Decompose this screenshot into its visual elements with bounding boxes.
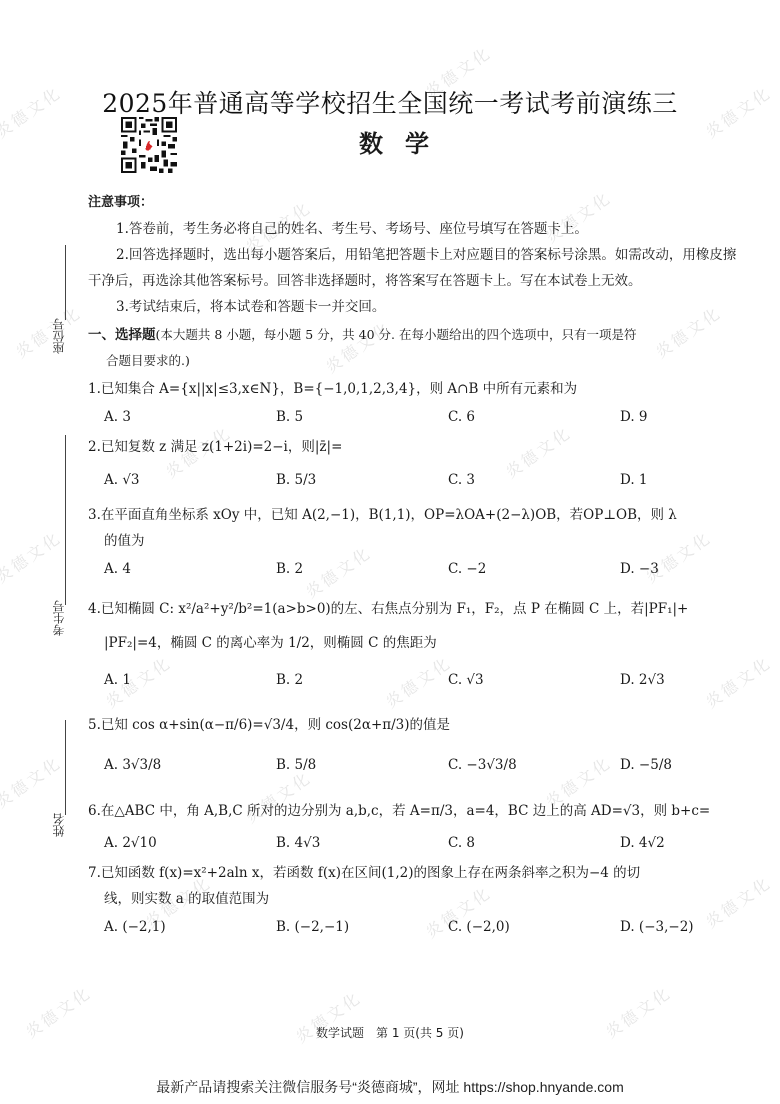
question-stem: 已知复数 z 满足 z(1+2i)=2−i，则|z̄|= xyxy=(101,439,343,455)
question-6: 6.在△ABC 中，角 A,B,C 所对的边分别为 a,b,c，若 A=π/3，… xyxy=(88,794,748,858)
option-a: A. 2√10 xyxy=(104,830,276,856)
option-c: C. √3 xyxy=(448,667,620,693)
notice-item-2: 2.回答选择题时，选出每小题答案后，用铅笔把答题卡上对应题目的答案标号涂黑。如需… xyxy=(88,242,748,294)
question-4: 4.已知椭圆 C: x²/a²+y²/b²=1(a>b>0)的左、右焦点分别为 … xyxy=(88,592,748,700)
option-d: D. 9 xyxy=(620,404,648,430)
option-a: A. 1 xyxy=(104,667,276,693)
option-c: C. 6 xyxy=(448,404,620,430)
option-a: A. 4 xyxy=(104,556,276,582)
watermark: 炎德文化 xyxy=(0,750,66,812)
question-stem: 已知函数 f(x)=x²+2aln x，若函数 f(x)在区间(1,2)的图象上… xyxy=(101,865,640,881)
option-b: B. 2 xyxy=(276,667,448,693)
question-stem-cont: 线，则实数 a 的取值范围为 xyxy=(88,886,748,912)
option-a: A. √3 xyxy=(104,467,276,493)
option-d: D. 4√2 xyxy=(620,830,665,856)
option-c: C. (−2,0) xyxy=(448,914,620,940)
option-c: C. −2 xyxy=(448,556,620,582)
question-stem: 在△ABC 中，角 A,B,C 所对的边分别为 a,b,c，若 A=π/3，a=… xyxy=(101,803,710,819)
notice-item-3: 3.考试结束后，将本试卷和答题卡一并交回。 xyxy=(88,294,748,320)
option-a: A. 3 xyxy=(104,404,276,430)
question-stem-cont: 的值为 xyxy=(88,528,748,554)
notice-heading: 注意事项： xyxy=(88,190,748,216)
watermark: 炎德文化 xyxy=(0,525,66,587)
option-c: C. 3 xyxy=(448,467,620,493)
option-b: B. 2 xyxy=(276,556,448,582)
question-number: 1. xyxy=(88,381,101,397)
question-stem: 已知 cos α+sin(α−π/6)=√3/4，则 cos(2α+π/3)的值… xyxy=(101,717,450,733)
option-b: B. (−2,−1) xyxy=(276,914,448,940)
question-stem: 已知集合 A={x||x|≤3,x∈N}，B={−1,0,1,2,3,4}，则 … xyxy=(101,381,577,397)
option-b: B. 5/3 xyxy=(276,467,448,493)
question-number: 6. xyxy=(88,803,101,819)
page-footer: 数学试题 第 1 页(共 5 页) xyxy=(0,1024,780,1041)
option-d: D. −3 xyxy=(620,556,659,582)
option-d: D. −5/8 xyxy=(620,752,672,778)
option-b: B. 5 xyxy=(276,404,448,430)
section-description: (本大题共 8 小题，每小题 5 分，共 40 分. 在每小题给出的四个选项中，… xyxy=(156,327,637,342)
seat-line xyxy=(65,245,66,320)
option-d: D. 1 xyxy=(620,467,648,493)
seat-number-label: 座位号 xyxy=(50,318,67,354)
option-d: D. 2√3 xyxy=(620,667,665,693)
exam-number-line xyxy=(65,435,66,605)
exam-title: 2025年普通高等学校招生全国统一考试考前演练三 xyxy=(0,84,780,120)
option-c: C. −3√3/8 xyxy=(448,752,620,778)
section-title: 一、选择题 xyxy=(88,327,156,343)
name-label: 姓名 xyxy=(50,813,67,837)
question-stem: 在平面直角坐标系 xOy 中，已知 A(2,−1)，B(1,1)，OP=λOA+… xyxy=(101,507,677,523)
question-2: 2.已知复数 z 满足 z(1+2i)=2−i，则|z̄|= A. √3 B. … xyxy=(88,434,748,500)
watermark: 炎德文化 xyxy=(10,300,85,362)
question-stem: 已知椭圆 C: x²/a²+y²/b²=1(a>b>0)的左、右焦点分别为 F₁… xyxy=(101,601,688,617)
section-heading: 一、选择题(本大题共 8 小题，每小题 5 分，共 40 分. 在每小题给出的四… xyxy=(88,322,748,348)
question-number: 7. xyxy=(88,865,101,881)
exam-number-label: 考生号 xyxy=(50,600,67,636)
question-5: 5.已知 cos α+sin(α−π/6)=√3/4，则 cos(2α+π/3)… xyxy=(88,708,748,788)
option-d: D. (−3,−2) xyxy=(620,914,694,940)
section-description-cont: 合题目要求的.) xyxy=(88,348,748,374)
promo-banner: 最新产品请搜索关注微信服务号“炎德商城”，网址 https://shop.hny… xyxy=(0,1077,780,1097)
question-number: 5. xyxy=(88,717,101,733)
option-b: B. 4√3 xyxy=(276,830,448,856)
question-1: 1.已知集合 A={x||x|≤3,x∈N}，B={−1,0,1,2,3,4}，… xyxy=(88,376,748,432)
question-3: 3.在平面直角坐标系 xOy 中，已知 A(2,−1)，B(1,1)，OP=λO… xyxy=(88,502,748,584)
question-number: 4. xyxy=(88,601,101,617)
option-c: C. 8 xyxy=(448,830,620,856)
exam-content: 注意事项： 1.答卷前，考生务必将自己的姓名、考生号、考场号、座位号填写在答题卡… xyxy=(88,190,748,942)
question-7: 7.已知函数 f(x)=x²+2aln x，若函数 f(x)在区间(1,2)的图… xyxy=(88,860,748,942)
question-number: 2. xyxy=(88,439,101,455)
subject-title: 数学 xyxy=(0,124,780,159)
exam-page: 炎德文化 炎德文化 炎德文化 炎德文化 炎德文化 炎德文化 炎德文化 炎德文化 … xyxy=(0,0,780,1104)
question-number: 3. xyxy=(88,507,101,523)
name-line xyxy=(65,720,66,815)
notice-item-1: 1.答卷前，考生务必将自己的姓名、考生号、考场号、座位号填写在答题卡上。 xyxy=(88,216,748,242)
option-a: A. 3√3/8 xyxy=(104,752,276,778)
question-stem-cont: |PF₂|=4，椭圆 C 的离心率为 1/2，则椭圆 C 的焦距为 xyxy=(88,626,748,660)
option-a: A. (−2,1) xyxy=(104,914,276,940)
option-b: B. 5/8 xyxy=(276,752,448,778)
